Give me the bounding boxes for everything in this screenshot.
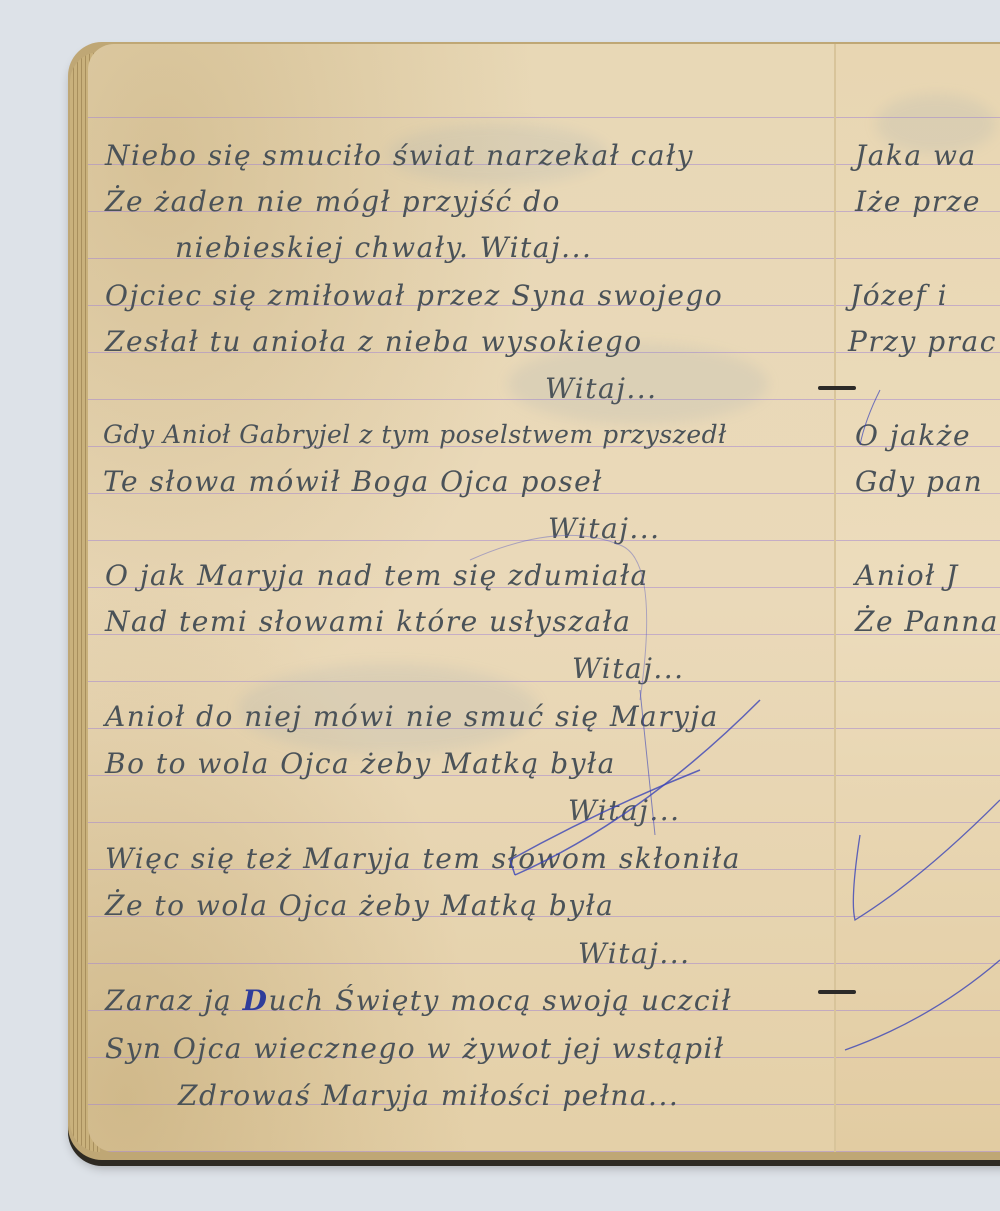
refrain-witaj: Witaj... [572,655,685,683]
blue-ink-letter: D [243,984,269,1017]
verse-line: Przy prac [848,328,997,356]
verse-line: Ojciec się zmiłował przez Syna swojego [105,282,723,310]
verse-line: Iże prze [855,188,981,216]
refrain-witaj: Witaj... [545,375,658,403]
closing-line: Zdrowaś Maryja miłości pełna... [178,1082,679,1110]
verse-line: Nad temi słowami które usłyszała [105,608,631,636]
verse-line: Bo to wola Ojca żeby Matką była [105,750,616,778]
verse-line: O jakże [855,422,971,450]
verse-line: Że to wola Ojca żeby Matką była [105,892,614,920]
verse-line: Że Panna [855,608,999,636]
verse-line: Józef i [850,282,948,310]
binding-staple [818,386,856,390]
verse-line: Gdy Anioł Gabryjel z tym poselstwem przy… [103,422,727,447]
refrain-witaj: Witaj... [548,515,661,543]
verse-line: Zesłał tu anioła z nieba wysokiego [105,328,643,356]
verse-line: Jaka wa [855,142,977,170]
verse-line: Niebo się smuciło świat narzekał cały [105,142,694,170]
verse-line: Gdy pan [855,468,983,496]
binding-staple [818,990,856,994]
verse-line: Anioł J [855,562,959,590]
verse-line: Syn Ojca wiecznego w żywot jej wstąpił [105,1035,725,1063]
verse-line: O jak Maryja nad tem się zdumiała [105,562,649,590]
verse-line: Te słowa mówił Boga Ojca poseł [103,468,603,496]
refrain-witaj: Witaj... [578,940,691,968]
verse-line: Zaraz ją Duch Święty mocą swoją uczcił [105,987,732,1015]
refrain-witaj: Witaj... [568,797,681,825]
verse-line: Że żaden nie mógł przyjść do [105,188,561,216]
verse-line: niebieskiej chwały. Witaj... [175,234,592,262]
verse-line: Anioł do niej mówi nie smuć się Maryja [105,703,719,731]
verse-line: Więc się też Maryja tem słowom skłoniła [105,845,741,873]
